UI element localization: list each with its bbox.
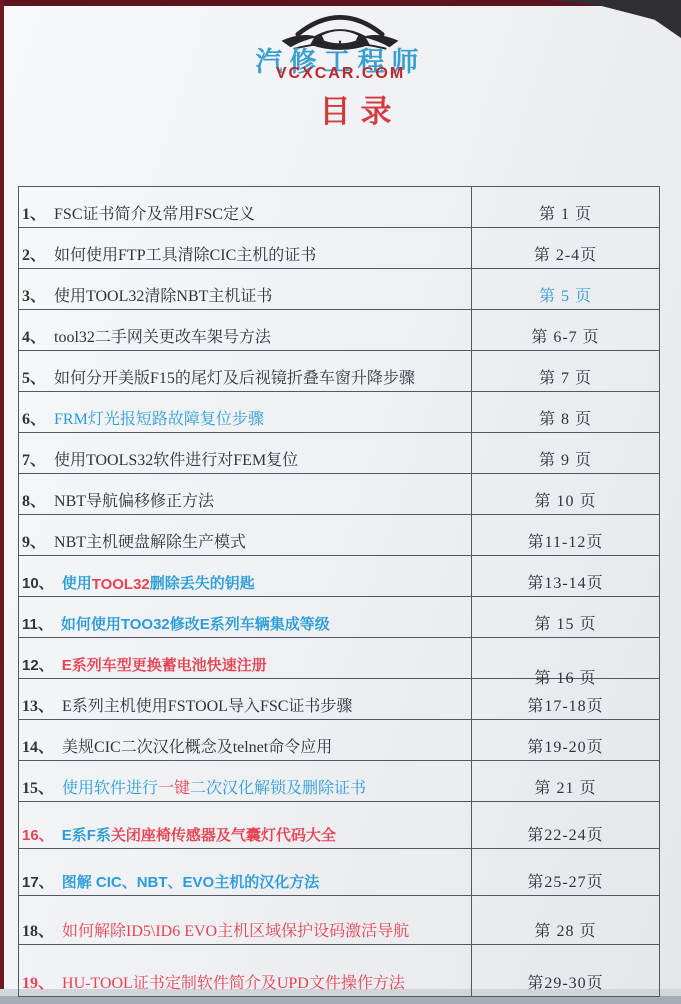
toc-item-page: 第 28 页 (471, 896, 659, 944)
toc-row: 5、如何分开美版F15的尾灯及后视镜折叠车窗升降步骤第 7 页 (19, 351, 659, 392)
toc-item-title: 15、使用软件进行一键二次汉化解锁及删除证书 (19, 761, 471, 801)
toc-item-page: 第 10 页 (471, 474, 659, 514)
toc-title-segment: 图解 CIC、NBT、EVO主机的汉化方法 (62, 871, 320, 892)
toc-title-segment: 二次汉化解锁及删除证书 (190, 775, 366, 798)
toc-title-segment: NBT导航偏移修正方法 (54, 488, 214, 511)
toc-item-page: 第22-24页 (471, 802, 659, 848)
toc-row: 3、使用TOOL32清除NBT主机证书第 5 页 (19, 269, 659, 310)
toc-item-number: 9、 (22, 529, 46, 552)
toc-item-title: 11、如何使用TOO32修改E系列车辆集成等级 (19, 597, 471, 637)
toc-row: 1、FSC证书简介及常用FSC定义第 1 页 (19, 187, 659, 228)
toc-item-page: 第 8 页 (471, 392, 659, 432)
toc-item-number: 10、 (22, 572, 54, 593)
toc-item-title: 9、NBT主机硬盘解除生产模式 (19, 515, 471, 555)
toc-item-number: 14、 (22, 734, 54, 757)
toc-item-title: 18、如何解除ID5\ID6 EVO主机区域保护设码激活导航 (19, 896, 471, 944)
scanned-page: 汽修工程师 VCXCAR.COM 目录 1、FSC证书简介及常用FSC定义第 1… (0, 0, 681, 1004)
toc-table: 1、FSC证书简介及常用FSC定义第 1 页2、如何使用FTP工具清除CIC主机… (18, 186, 660, 997)
toc-item-number: 4、 (22, 324, 46, 347)
toc-item-number: 8、 (22, 488, 46, 511)
toc-item-page: 第 7 页 (471, 351, 659, 391)
toc-title-segment: 使用TOOL32清除NBT主机证书 (54, 283, 272, 306)
toc-item-title: 6、FRM灯光报短路故障复位步骤 (19, 392, 471, 432)
toc-row: 11、如何使用TOO32修改E系列车辆集成等级第 15 页 (19, 597, 659, 638)
toc-title-segment: 关闭座椅传感器及气囊灯代码大全 (111, 824, 336, 845)
toc-title-segment: 美规CIC二次汉化概念及telnet命令应用 (62, 734, 332, 757)
toc-item-page: 第 15 页 (471, 597, 659, 637)
toc-row: 7、使用TOOLS32软件进行对FEM复位第 9 页 (19, 433, 659, 474)
toc-item-number: 3、 (22, 283, 46, 306)
toc-title-segment: 如何使用FTP工具清除CIC主机的证书 (54, 242, 316, 265)
toc-title-segment: 如何解除ID5\ID6 EVO主机区域保护设码激活导航 (62, 918, 409, 941)
toc-item-number: 6、 (22, 406, 46, 429)
toc-item-page: 第 9 页 (471, 433, 659, 473)
toc-item-title: 3、使用TOOL32清除NBT主机证书 (19, 269, 471, 309)
toc-item-number: 2、 (22, 242, 46, 265)
brand-site: VCXCAR.COM (0, 65, 681, 83)
toc-title-segment: E系列主机使用FSTOOL导入FSC证书步骤 (62, 693, 352, 716)
toc-title-segment: FSC证书简介及常用FSC定义 (54, 201, 255, 224)
toc-title-segment: 删除丢失的钥匙 (150, 572, 255, 593)
toc-item-title: 13、E系列主机使用FSTOOL导入FSC证书步骤 (19, 679, 471, 719)
toc-item-title: 14、美规CIC二次汉化概念及telnet命令应用 (19, 720, 471, 760)
toc-item-page: 第 2-4页 (471, 228, 659, 268)
toc-title-segment: E系列车型更换蓄电池快速注册 (62, 654, 267, 675)
toc-item-title: 7、使用TOOLS32软件进行对FEM复位 (19, 433, 471, 473)
toc-item-page: 第11-12页 (471, 515, 659, 555)
toc-item-title: 17、图解 CIC、NBT、EVO主机的汉化方法 (19, 849, 471, 895)
toc-row: 2、如何使用FTP工具清除CIC主机的证书第 2-4页 (19, 228, 659, 269)
toc-item-title: 12、E系列车型更换蓄电池快速注册 (19, 638, 471, 678)
toc-row: 9、NBT主机硬盘解除生产模式第11-12页 (19, 515, 659, 556)
toc-item-page: 第 21 页 (471, 761, 659, 801)
toc-item-title: 16、E系F系关闭座椅传感器及气囊灯代码大全 (19, 802, 471, 848)
toc-item-number: 18、 (22, 918, 54, 941)
toc-item-page: 第 16 页 (471, 638, 659, 678)
toc-row: 18、如何解除ID5\ID6 EVO主机区域保护设码激活导航第 28 页 (19, 896, 659, 945)
toc-item-number: 13、 (22, 693, 54, 716)
toc-item-number: 16、 (22, 824, 54, 845)
toc-item-page: 第25-27页 (471, 849, 659, 895)
toc-title-segment: 使用TOOLS32软件进行对FEM复位 (54, 447, 298, 470)
toc-row: 10、使用TOOL32删除丢失的钥匙第13-14页 (19, 556, 659, 597)
toc-item-title: 1、FSC证书简介及常用FSC定义 (19, 187, 471, 227)
toc-item-page: 第 5 页 (471, 269, 659, 309)
toc-title-segment: 一键 (158, 775, 190, 798)
toc-row: 12、E系列车型更换蓄电池快速注册第 16 页 (19, 638, 659, 679)
toc-item-page: 第 6-7 页 (471, 310, 659, 350)
toc-item-number: 17、 (22, 871, 54, 892)
toc-title-segment: 如何使用TOO32修改E系列车辆集成等级 (61, 613, 330, 634)
toc-item-title: 2、如何使用FTP工具清除CIC主机的证书 (19, 228, 471, 268)
toc-title-segment: TOOL32 (92, 576, 150, 593)
toc-row: 4、tool32二手网关更改车架号方法第 6-7 页 (19, 310, 659, 351)
toc-title-segment: E系F系 (62, 824, 111, 845)
toc-item-title: 19、HU-TOOL证书定制软件简介及UPD文件操作方法 (19, 945, 471, 996)
toc-item-number: 7、 (22, 447, 46, 470)
toc-title-segment: 如何分开美版F15的尾灯及后视镜折叠车窗升降步骤 (54, 365, 415, 388)
toc-row: 15、使用软件进行一键二次汉化解锁及删除证书第 21 页 (19, 761, 659, 802)
toc-title-segment: HU-TOOL证书定制软件简介及UPD文件操作方法 (62, 970, 405, 993)
toc-item-page: 第13-14页 (471, 556, 659, 596)
toc-item-number: 12、 (22, 654, 54, 675)
toc-row: 19、HU-TOOL证书定制软件简介及UPD文件操作方法第29-30页 (19, 945, 659, 997)
toc-row: 6、FRM灯光报短路故障复位步骤第 8 页 (19, 392, 659, 433)
toc-title-segment: 使用软件进行 (62, 775, 158, 798)
scan-edge-left (0, 0, 4, 996)
toc-row: 14、美规CIC二次汉化概念及telnet命令应用第19-20页 (19, 720, 659, 761)
toc-row: 17、图解 CIC、NBT、EVO主机的汉化方法第25-27页 (19, 849, 659, 896)
toc-item-number: 19、 (22, 970, 54, 993)
toc-item-title: 10、使用TOOL32删除丢失的钥匙 (19, 556, 471, 596)
toc-item-page: 第29-30页 (471, 945, 659, 996)
toc-item-number: 11、 (22, 613, 53, 634)
toc-item-title: 8、NBT导航偏移修正方法 (19, 474, 471, 514)
page-title: 目录 (20, 86, 681, 131)
toc-item-title: 5、如何分开美版F15的尾灯及后视镜折叠车窗升降步骤 (19, 351, 471, 391)
toc-item-title: 4、tool32二手网关更改车架号方法 (19, 310, 471, 350)
scan-edge-bottom (0, 996, 681, 1004)
toc-item-page: 第 1 页 (471, 187, 659, 227)
toc-item-number: 15、 (22, 775, 54, 798)
toc-item-number: 1、 (22, 201, 46, 224)
toc-item-number: 5、 (22, 365, 46, 388)
toc-title-segment: 使用 (62, 572, 92, 593)
toc-item-page: 第19-20页 (471, 720, 659, 760)
toc-title-segment: NBT主机硬盘解除生产模式 (54, 529, 246, 552)
toc-title-segment: FRM灯光报短路故障复位步骤 (54, 406, 264, 429)
toc-row: 8、NBT导航偏移修正方法第 10 页 (19, 474, 659, 515)
toc-title-segment: tool32二手网关更改车架号方法 (54, 324, 271, 347)
toc-row: 16、E系F系关闭座椅传感器及气囊灯代码大全第22-24页 (19, 802, 659, 849)
